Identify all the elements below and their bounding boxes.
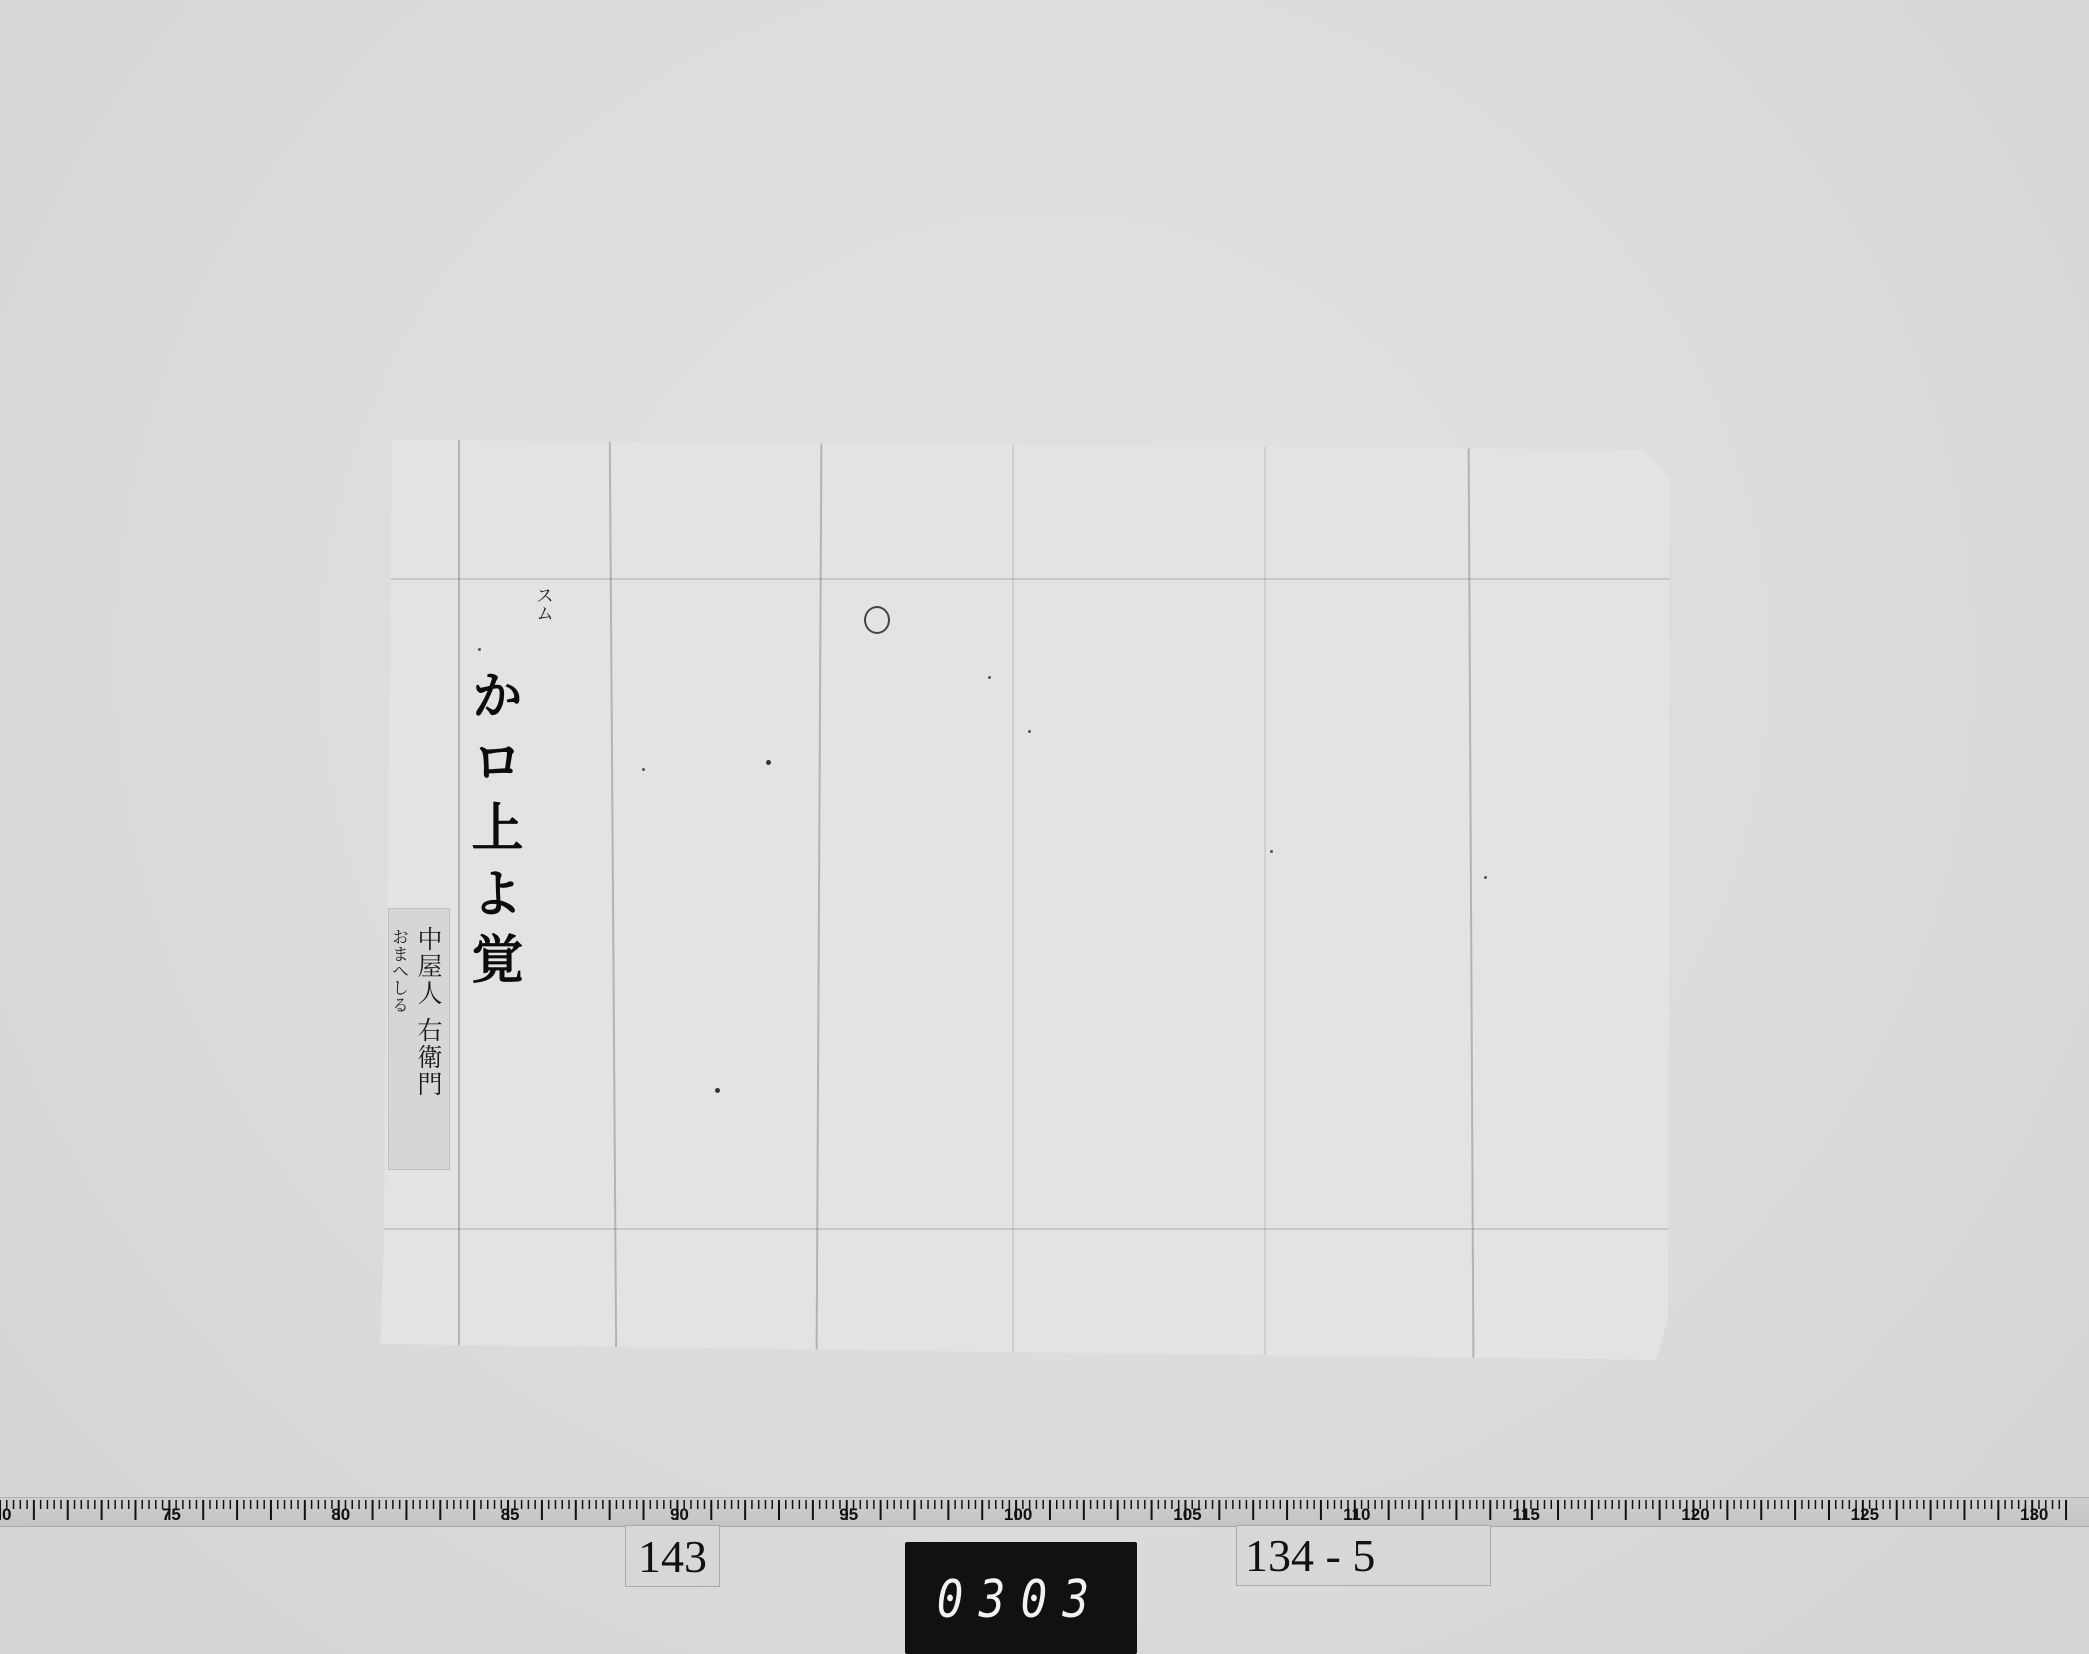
ink-speck (1270, 850, 1273, 853)
fold-line (380, 578, 1670, 580)
ink-speck (715, 1088, 720, 1093)
ink-speck (988, 676, 991, 679)
ink-speck (1028, 730, 1031, 733)
fold-line (380, 1228, 1670, 1230)
fold-line (816, 438, 823, 1358)
circle-mark (864, 606, 890, 634)
volume-number-label: 143 (625, 1525, 720, 1587)
side-note-left: おまへしる (386, 928, 411, 1013)
fold-line (1468, 438, 1475, 1358)
document-sheet: スム かロ上よ覚 中屋人 右衛門 おまへしる (380, 438, 1670, 1360)
ink-speck (642, 768, 645, 771)
measurement-ruler: 707580859095100105110115120125130 (0, 1497, 2089, 1527)
ink-speck (1685, 528, 1688, 531)
svg-text:125: 125 (1851, 1505, 1879, 1524)
svg-text:110: 110 (1343, 1505, 1370, 1524)
svg-text:80: 80 (331, 1505, 350, 1524)
svg-text:95: 95 (839, 1505, 858, 1524)
svg-text:120: 120 (1681, 1505, 1709, 1524)
fold-line (609, 438, 617, 1358)
main-inscription: かロ上よ覚 (455, 668, 530, 998)
svg-text:75: 75 (162, 1505, 181, 1524)
ink-speck (1484, 876, 1487, 879)
svg-text:70: 70 (0, 1505, 11, 1524)
item-number-label: 134 - 5 (1236, 1525, 1491, 1586)
svg-text:130: 130 (2020, 1505, 2048, 1524)
fold-line (1012, 438, 1014, 1358)
svg-text:115: 115 (1512, 1505, 1539, 1524)
frame-counter: 0303 (905, 1542, 1137, 1654)
svg-text:85: 85 (501, 1505, 520, 1524)
svg-text:100: 100 (1004, 1505, 1032, 1524)
ink-speck (766, 760, 771, 765)
fold-line (1264, 438, 1266, 1358)
small-kana-annotation: スム (530, 586, 556, 622)
ruler-ticks: 707580859095100105110115120125130 (0, 1498, 2089, 1526)
side-note-right: 中屋人 右衛門 (410, 926, 446, 1098)
ink-speck (478, 648, 481, 651)
svg-text:105: 105 (1173, 1505, 1201, 1524)
svg-text:90: 90 (670, 1505, 689, 1524)
frame-counter-digits: 0303 (937, 1570, 1105, 1630)
